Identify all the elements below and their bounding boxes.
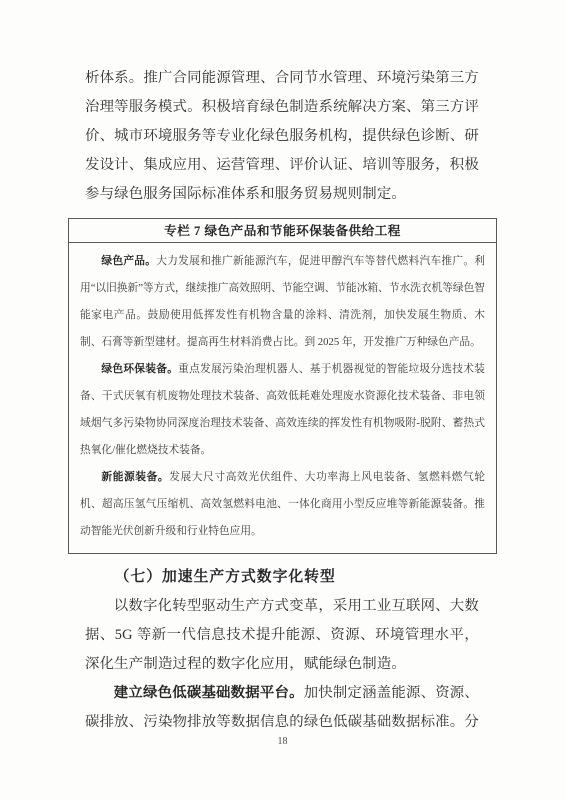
paragraph-data-platform: 建立绿色低碳基础数据平台。加快制定涵盖能源、资源、碳排放、污染物排放等数据信息的… <box>85 679 479 737</box>
box-paragraph-new-energy-equipment: 新能源装备。发展大尺寸高效光伏组件、大功率海上风电装备、氢燃料燃气轮机、超高压氢… <box>80 464 485 545</box>
paragraph-lead: 建立绿色低碳基础数据平台。 <box>114 685 304 701</box>
page-content: 析体系。推广合同能源管理、合同节水管理、环境污染第三方治理等服务模式。积极培育绿… <box>85 64 479 737</box>
callout-box: 专栏 7 绿色产品和节能环保装备供给工程 绿色产品。大力发展和推广新能源汽车，促… <box>68 218 497 554</box>
paragraph-text: 大力发展和推广新能源汽车，促进甲醇汽车等替代燃料汽车推广。利用“以旧换新”等方式… <box>80 255 485 348</box>
callout-box-title: 专栏 7 绿色产品和节能环保装备供给工程 <box>69 219 496 243</box>
intro-paragraph: 析体系。推广合同能源管理、合同节水管理、环境污染第三方治理等服务模式。积极培育绿… <box>85 64 479 209</box>
paragraph-lead: 绿色产品。 <box>101 255 156 267</box>
paragraph-lead: 绿色环保装备。 <box>101 363 178 375</box>
box-paragraph-green-products: 绿色产品。大力发展和推广新能源汽车，促进甲醇汽车等替代燃料汽车推广。利用“以旧换… <box>80 248 485 356</box>
paragraph-digital-transform: 以数字化转型驱动生产方式变革，采用工业互联网、大数据、5G 等新一代信息技术提升… <box>85 592 479 679</box>
document-page: 析体系。推广合同能源管理、合同节水管理、环境污染第三方治理等服务模式。积极培育绿… <box>0 0 565 800</box>
section-heading: （七）加速生产方式数字化转型 <box>85 563 479 592</box>
callout-box-body: 绿色产品。大力发展和推广新能源汽车，促进甲醇汽车等替代燃料汽车推广。利用“以旧换… <box>69 243 496 553</box>
paragraph-text: 重点发展污染治理机器人、基于机器视觉的智能垃圾分选技术装备、干式厌氧有机废物处理… <box>80 363 485 456</box>
paragraph-lead: 新能源装备。 <box>101 471 169 483</box>
box-paragraph-green-equipment: 绿色环保装备。重点发展污染治理机器人、基于机器视觉的智能垃圾分选技术装备、干式厌… <box>80 356 485 464</box>
page-number: 18 <box>0 736 565 747</box>
